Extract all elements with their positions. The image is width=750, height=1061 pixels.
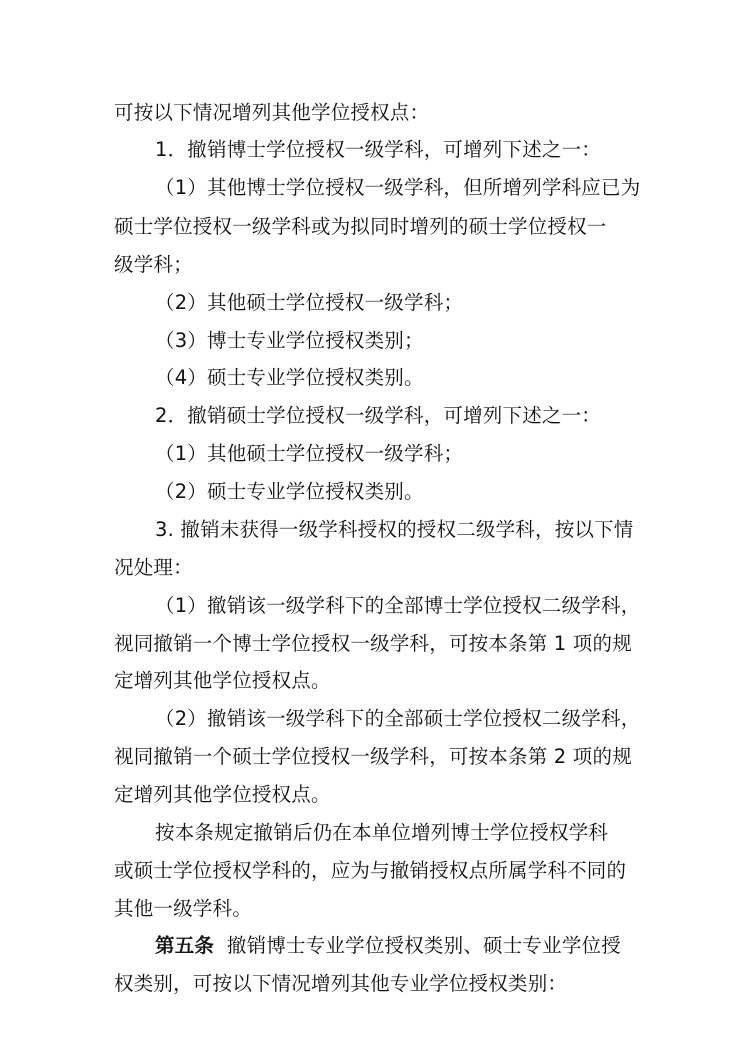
item-1-heading: 1．撤销博士学位授权一级学科，可增列下述之一： — [155, 135, 685, 165]
sub-item-line: （2）硕士专业学位授权类别。 — [155, 477, 685, 507]
paragraph-line: 硕士学位授权一级学科或为拟同时增列的硕士学位授权一 — [114, 212, 644, 242]
paragraph-line: 可按以下情况增列其他学位授权点： — [114, 98, 644, 128]
sub-item-line: （1）其他博士学位授权一级学科，但所增列学科应已为 — [155, 173, 685, 203]
paragraph-line: 定增列其他学位授权点。 — [114, 780, 644, 810]
paragraph-line: 况处理： — [114, 553, 644, 583]
item-2-heading: 2．撤销硕士学位授权一级学科，可增列下述之一： — [155, 401, 685, 431]
sub-item-line: （1）其他硕士学位授权一级学科； — [155, 439, 685, 469]
paragraph-line: 按本条规定撤销后仍在本单位增列博士学位授权学科 — [155, 818, 685, 848]
article-text: 撤销博士专业学位授权类别、硕士专业学位授 — [227, 934, 621, 957]
article-label: 第五条 — [155, 934, 214, 957]
item-3-heading: 3. 撤销未获得一级学科授权的授权二级学科，按以下情 — [155, 515, 685, 545]
sub-item-line: （1）撤销该一级学科下的全部博士学位授权二级学科， — [155, 591, 685, 621]
paragraph-line: 视同撤销一个博士学位授权一级学科，可按本条第 1 项的规 — [114, 629, 644, 659]
paragraph-line: 级学科； — [114, 250, 644, 280]
sub-item-line: （3）博士专业学位授权类别； — [155, 326, 685, 356]
paragraph-line: 视同撤销一个硕士学位授权一级学科，可按本条第 2 项的规 — [114, 742, 644, 772]
sub-item-line: （2）其他硕士学位授权一级学科； — [155, 288, 685, 318]
paragraph-line: 其他一级学科。 — [114, 894, 644, 924]
paragraph-line: 定增列其他学位授权点。 — [114, 666, 644, 696]
sub-item-line: （4）硕士专业学位授权类别。 — [155, 363, 685, 393]
document-page: 可按以下情况增列其他学位授权点： 1．撤销博士学位授权一级学科，可增列下述之一：… — [0, 0, 750, 1061]
paragraph-line: 权类别，可按以下情况增列其他专业学位授权类别： — [114, 969, 644, 999]
sub-item-line: （2）撤销该一级学科下的全部硕士学位授权二级学科， — [155, 704, 685, 734]
paragraph-line: 或硕士学位授权学科的，应为与撤销授权点所属学科不同的 — [114, 856, 644, 886]
article-5-line: 第五条 撤销博士专业学位授权类别、硕士专业学位授 — [155, 931, 685, 961]
